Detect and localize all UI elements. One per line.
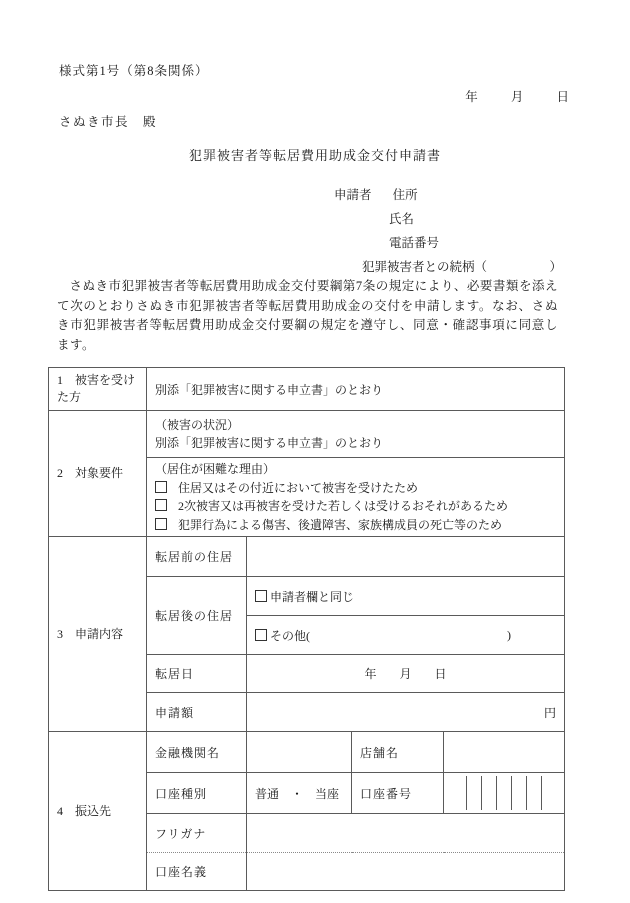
relocation-date-year: 年 (364, 665, 376, 682)
body-paragraph: さぬき市犯罪被害者等転居費用助成金交付要綱第7条の規定により、必要書類を添えて次… (57, 277, 558, 355)
relocation-date-month: 月 (400, 665, 412, 682)
after-address-label: 転居後の住居 (147, 577, 247, 655)
holder-label: 口座名義 (147, 853, 247, 891)
section3-label: 申請内容 (75, 627, 123, 641)
reason-option-1: 住居又はその付近において被害を受けたため (155, 479, 556, 498)
section2-label: 対象要件 (75, 466, 123, 480)
damage-status-heading: （被害の状況） (155, 416, 556, 435)
after-option-same: 申請者欄と同じ (247, 577, 565, 616)
date-month-label: 月 (511, 87, 524, 105)
applicant-address-row: 申請者 住所 (334, 183, 562, 207)
account-number-box[interactable] (496, 776, 511, 810)
victim-value: 別添「犯罪被害に関する申立書」のとおり (147, 368, 565, 411)
account-number-box[interactable] (481, 776, 496, 810)
account-number-box[interactable] (466, 776, 481, 810)
relation-blank-field[interactable]: （ ） (475, 260, 563, 274)
section1-label: 被害を受けた方 (57, 373, 135, 404)
checkbox-icon[interactable] (255, 629, 267, 641)
row-victim: 1被害を受けた方 別添「犯罪被害に関する申立書」のとおり (49, 368, 565, 411)
name-label: 氏名 (389, 207, 562, 231)
account-number-label: 口座番号 (352, 773, 444, 814)
reason-option-3-label: 犯罪行為による傷害、後遺障害、家族構成員の死亡等のため (178, 518, 502, 532)
row-before-address: 3申請内容 転居前の住居 (49, 537, 565, 577)
reason-option-3: 犯罪行為による傷害、後遺障害、家族構成員の死亡等のため (155, 516, 556, 535)
branch-name-label: 店舗名 (352, 732, 444, 773)
reason-option-1-label: 住居又はその付近において被害を受けたため (178, 481, 418, 495)
checkbox-icon[interactable] (255, 590, 267, 602)
reason-cell: （居住が困難な理由） 住居又はその付近において被害を受けたため 2次被害又は再被… (147, 458, 565, 537)
row-bank: 4振込先 金融機関名 店舗名 (49, 732, 565, 773)
address-label: 住所 (393, 183, 418, 207)
date-line: 年 月 日 (0, 87, 569, 105)
page-title: 犯罪被害者等転居費用助成金交付申請書 (0, 145, 630, 164)
reason-heading: （居住が困難な理由） (155, 460, 556, 479)
form-number: 様式第1号（第8条関係） (59, 61, 209, 79)
section3-header: 3申請内容 (49, 537, 147, 732)
account-number-box[interactable] (526, 776, 541, 810)
checkbox-icon[interactable] (155, 518, 167, 530)
addressee: さぬき市長 殿 (59, 112, 157, 130)
damage-status-cell: （被害の状況） 別添「犯罪被害に関する申立書」のとおり (147, 411, 565, 458)
relation-label: 犯罪被害者との続柄 (362, 260, 475, 274)
section4-number: 4 (57, 804, 63, 818)
section1-header: 1被害を受けた方 (49, 368, 147, 411)
applicant-block: 申請者 住所 氏名 電話番号 犯罪被害者との続柄（ ） (334, 183, 562, 279)
reason-option-2: 2次被害又は再被害を受けた若しくは受けるおそれがあるため (155, 497, 556, 516)
section3-number: 3 (57, 627, 63, 641)
after-option-other-open: その他( (255, 627, 310, 644)
account-number-box[interactable] (452, 776, 466, 810)
section4-header: 4振込先 (49, 732, 147, 891)
after-option-other-close: ) (507, 628, 511, 643)
date-year-label: 年 (465, 87, 478, 105)
branch-name-field[interactable] (444, 732, 565, 773)
relocation-date-label: 転居日 (147, 655, 247, 693)
section2-header: 2対象要件 (49, 411, 147, 537)
amount-field[interactable]: 円 (247, 693, 565, 732)
after-option-other-label: その他( (270, 629, 310, 643)
bank-name-label: 金融機関名 (147, 732, 247, 773)
relocation-date-day: 日 (435, 665, 447, 682)
damage-status-value: 別添「犯罪被害に関する申立書」のとおり (155, 434, 556, 453)
row-requirements-status: 2対象要件 （被害の状況） 別添「犯罪被害に関する申立書」のとおり (49, 411, 565, 458)
furigana-label: フリガナ (147, 814, 247, 853)
account-type-label: 口座種別 (147, 773, 247, 814)
furigana-field[interactable] (247, 814, 565, 853)
account-type-options[interactable]: 普通 ・ 当座 (247, 773, 352, 814)
account-number-box[interactable] (541, 776, 556, 810)
before-address-field[interactable] (247, 537, 565, 577)
reason-option-2-label: 2次被害又は再被害を受けた若しくは受けるおそれがあるため (178, 499, 508, 513)
relocation-date-field[interactable]: 年 月 日 (247, 655, 565, 693)
amount-unit: 円 (544, 706, 556, 720)
holder-field[interactable] (247, 853, 565, 891)
phone-label: 電話番号 (389, 231, 562, 255)
checkbox-icon[interactable] (155, 481, 167, 493)
checkbox-icon[interactable] (155, 499, 167, 511)
applicant-label: 申請者 (334, 183, 372, 207)
application-table: 1被害を受けた方 別添「犯罪被害に関する申立書」のとおり 2対象要件 （被害の状… (48, 367, 565, 891)
after-option-other: その他( ) (247, 616, 565, 655)
relation-row: 犯罪被害者との続柄（ ） (362, 255, 562, 279)
before-address-label: 転居前の住居 (147, 537, 247, 577)
section4-label: 振込先 (75, 804, 111, 818)
account-number-boxes (452, 776, 556, 810)
section1-number: 1 (57, 373, 63, 387)
date-day-label: 日 (556, 87, 569, 105)
amount-label: 申請額 (147, 693, 247, 732)
section2-number: 2 (57, 466, 63, 480)
bank-name-field[interactable] (247, 732, 352, 773)
account-number-box[interactable] (511, 776, 526, 810)
after-option-same-label: 申請者欄と同じ (270, 590, 354, 604)
account-number-field (444, 773, 565, 814)
